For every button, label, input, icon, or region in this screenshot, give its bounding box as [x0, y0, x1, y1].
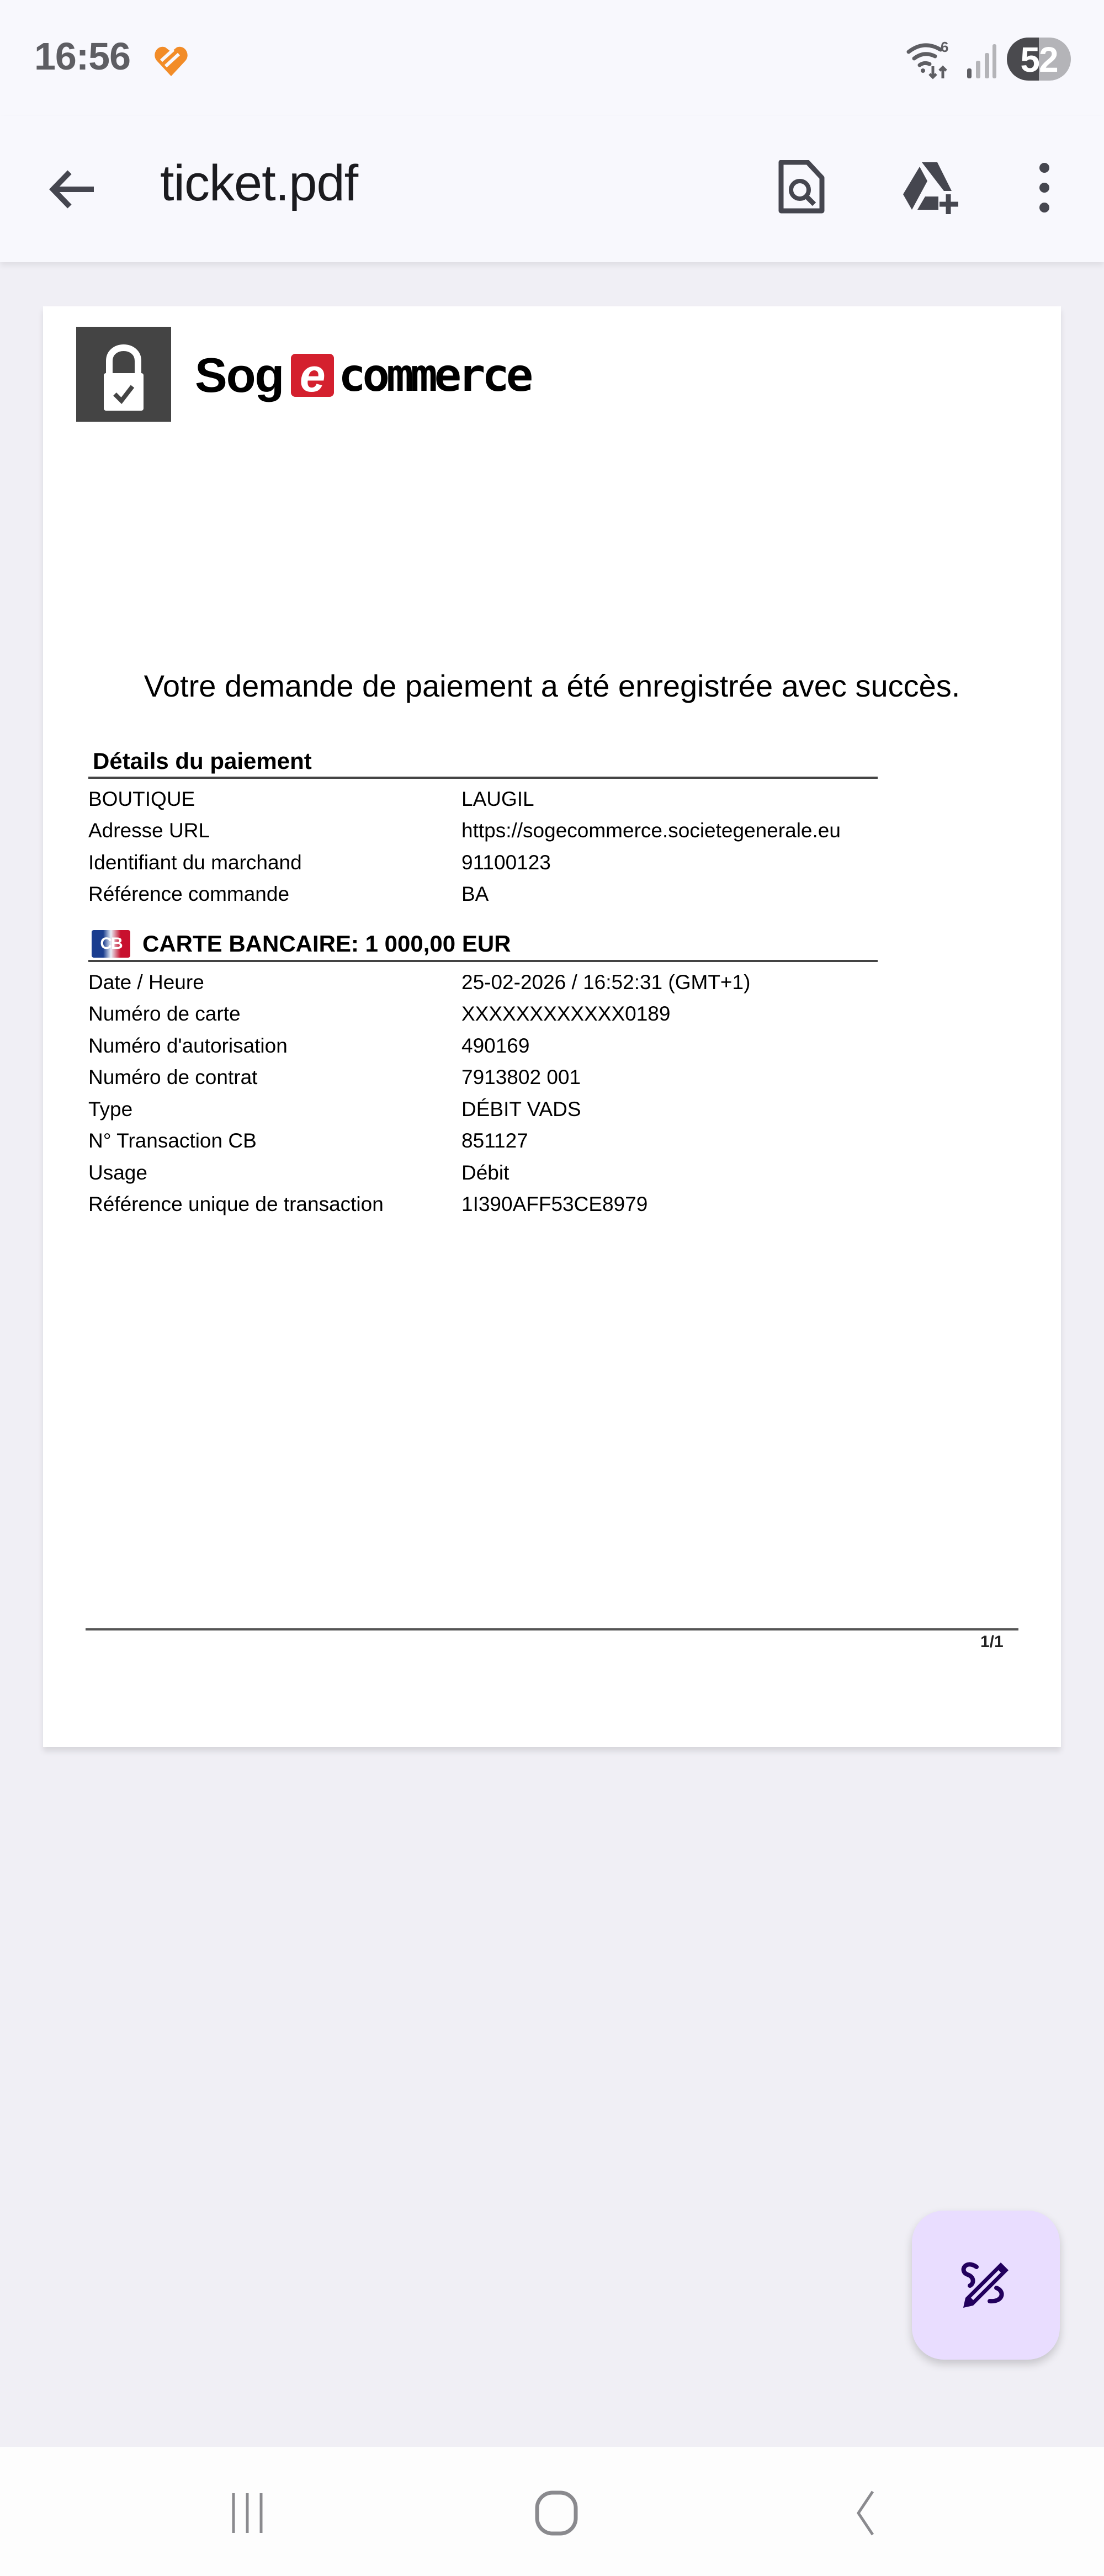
wifi-6-icon: 6 [906, 38, 956, 81]
table-row: Numéro de contrat7913802 001 [88, 1062, 878, 1094]
save-to-drive-button[interactable] [898, 155, 964, 221]
card-section-title: CARTE BANCAIRE: 1 000,00 EUR [142, 931, 511, 957]
table-row: Référence commandeBA [88, 879, 878, 911]
row-value: 91100123 [461, 851, 551, 874]
row-value: XXXXXXXXXXXX0189 [461, 1002, 670, 1026]
table-row: Identifiant du marchand91100123 [88, 847, 878, 879]
pdf-page[interactable]: Sog e commerce Votre demande de paiement… [43, 306, 1061, 1747]
table-row: Date / Heure25-02-2026 / 16:52:31 (GMT+1… [88, 966, 878, 998]
row-value: 7913802 001 [461, 1066, 581, 1089]
status-time: 16:56 [34, 34, 130, 78]
battery-level: 52 [1007, 38, 1071, 81]
table-row: BOUTIQUELAUGIL [88, 783, 878, 815]
system-icons: 6 52 [906, 38, 1071, 81]
recents-icon [222, 2491, 272, 2535]
heart-app-icon [153, 44, 189, 77]
row-label: Référence commande [88, 883, 461, 906]
row-label: Numéro de carte [88, 1002, 461, 1026]
payment-details-title: Détails du paiement [88, 748, 878, 779]
row-value: Débit [461, 1161, 509, 1185]
battery-indicator: 52 [1007, 38, 1071, 81]
home-button[interactable] [523, 2480, 590, 2546]
annotate-fab[interactable] [912, 2211, 1060, 2360]
row-value: 851127 [461, 1129, 528, 1152]
row-value: 1I390AFF53CE8979 [461, 1193, 647, 1216]
row-label: Identifiant du marchand [88, 851, 461, 874]
back-button[interactable] [43, 159, 104, 220]
row-label: Usage [88, 1161, 461, 1185]
row-label: BOUTIQUE [88, 788, 461, 811]
page-number: 1/1 [980, 1633, 1004, 1651]
row-value: 25-02-2026 / 16:52:31 (GMT+1) [461, 971, 750, 994]
document-search-icon [777, 160, 826, 215]
row-label: Numéro d'autorisation [88, 1034, 461, 1058]
draw-annotate-icon [956, 2255, 1016, 2315]
system-nav-bar [0, 2447, 1104, 2576]
table-row: Numéro de carteXXXXXXXXXXXX0189 [88, 998, 878, 1031]
padlock-check-icon [76, 327, 171, 422]
success-message: Votre demande de paiement a été enregist… [43, 668, 1061, 704]
row-value: https://sogecommerce.societegenerale.eu [461, 819, 841, 842]
more-vert-icon [1036, 160, 1053, 215]
cb-card-logo: CB [92, 930, 130, 958]
recents-button[interactable] [214, 2480, 280, 2546]
row-label: Date / Heure [88, 971, 461, 994]
app-bar: ticket.pdf [0, 116, 1104, 262]
cell-signal-icon [966, 38, 997, 81]
row-label: Référence unique de transaction [88, 1193, 461, 1216]
row-label: Numéro de contrat [88, 1066, 461, 1089]
find-in-document-button[interactable] [768, 155, 835, 221]
status-bar: 16:56 6 52 [0, 0, 1104, 116]
document-title: ticket.pdf [160, 155, 358, 213]
row-value: 490169 [461, 1034, 529, 1058]
footer-divider [86, 1628, 1018, 1630]
row-label: N° Transaction CB [88, 1129, 461, 1152]
row-label: Adresse URL [88, 819, 461, 842]
table-row: Référence unique de transaction1I390AFF5… [88, 1189, 878, 1221]
arrow-back-icon [43, 159, 104, 220]
card-payment-section: CB CARTE BANCAIRE: 1 000,00 EUR Date / H… [88, 930, 878, 1220]
payment-details-section: Détails du paiement BOUTIQUELAUGILAdress… [88, 748, 878, 910]
svg-text:6: 6 [941, 39, 948, 55]
row-value: BA [461, 883, 489, 906]
card-section-header: CB CARTE BANCAIRE: 1 000,00 EUR [88, 930, 878, 962]
drive-add-icon [901, 160, 962, 215]
row-value: DÉBIT VADS [461, 1098, 581, 1121]
home-icon [532, 2488, 581, 2538]
row-value: LAUGIL [461, 788, 534, 811]
table-row: N° Transaction CB851127 [88, 1125, 878, 1157]
back-icon [842, 2488, 886, 2538]
table-row: Numéro d'autorisation490169 [88, 1030, 878, 1062]
table-row: TypeDÉBIT VADS [88, 1093, 878, 1125]
table-row: UsageDébit [88, 1157, 878, 1189]
sogecommerce-logo: Sog e commerce [195, 342, 530, 408]
table-row: Adresse URLhttps://sogecommerce.societeg… [88, 815, 878, 847]
more-options-button[interactable] [1011, 155, 1078, 221]
row-label: Type [88, 1098, 461, 1121]
nav-back-button[interactable] [831, 2480, 897, 2546]
